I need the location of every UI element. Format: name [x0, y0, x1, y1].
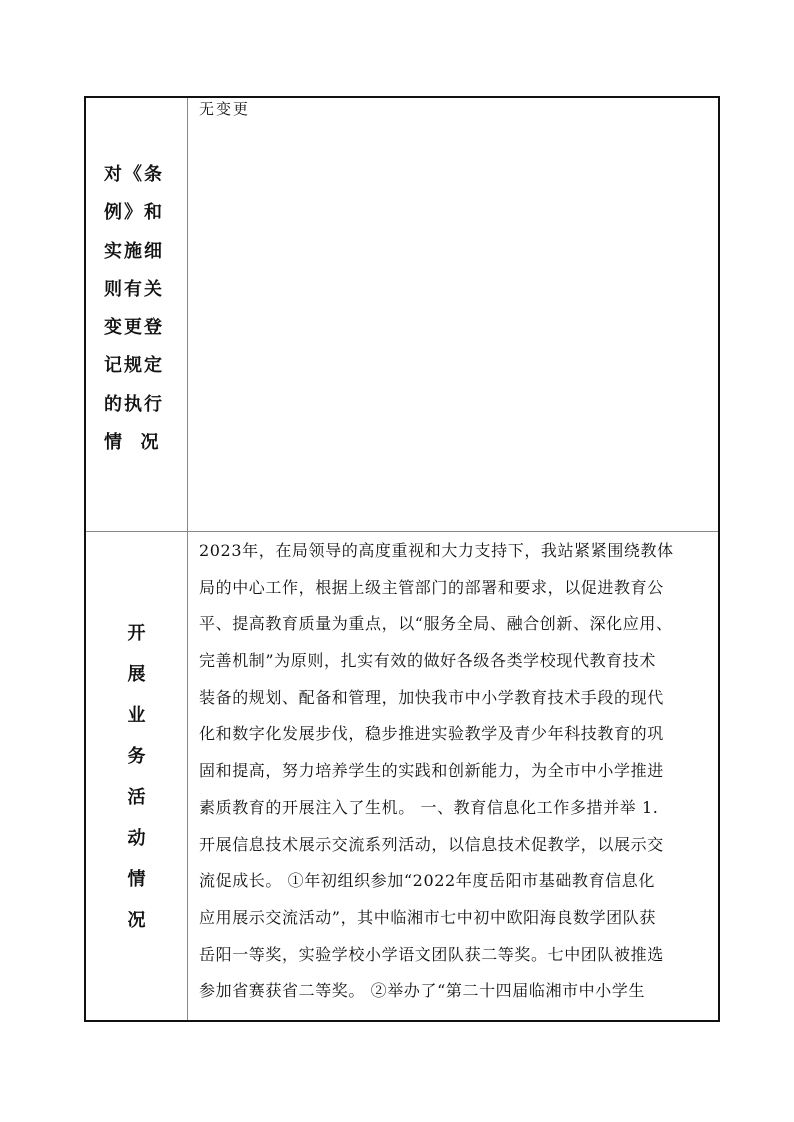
- label-line: 实施细: [104, 233, 174, 271]
- paragraph-line: 参加省赛获省二等奖。 ②举办了“第二十四届临湘市中小学生: [199, 973, 710, 1010]
- label-line: 记规定: [104, 347, 174, 385]
- row-label-cell: 对《条 例》和 实施细 则有关 变更登 记规定 的执行 情 况: [86, 98, 188, 531]
- paragraph-line: 局的中心工作，根据上级主管部门的部署和要求，以促进教育公: [199, 570, 710, 607]
- paragraph-line: 装备的规划、配备和管理，加快我市中小学教育技术手段的现代: [199, 680, 710, 717]
- paragraph-line: 完善机制”为原则，扎实有效的做好各级各类学校现代教育技术: [199, 643, 710, 680]
- label-line: 的执行: [104, 386, 174, 424]
- paragraph-line: 应用展示交流活动”，其中临湘市七中初中欧阳海良数学团队获: [199, 900, 710, 937]
- label-line: 开: [86, 613, 187, 654]
- label-line: 动: [86, 818, 187, 859]
- activities-content-cell: 2023年，在局领导的高度重视和大力支持下，我站紧紧围绕教体 局的中心工作，根据…: [189, 532, 718, 1020]
- paragraph-line: 开展信息技术展示交流系列活动，以信息技术促教学，以展示交: [199, 827, 710, 864]
- label-line: 变更登: [104, 309, 174, 347]
- registration-report-table: 对《条 例》和 实施细 则有关 变更登 记规定 的执行 情 况 无变更 开 展 …: [84, 96, 720, 1022]
- label-line: 活: [86, 777, 187, 818]
- label-line: 则有关: [104, 271, 174, 309]
- paragraph-line: 平、提高教育质量为重点，以“服务全局、融合创新、深化应用、: [199, 606, 710, 643]
- paragraph-line: 化和数字化发展步伐，稳步推进实验教学及青少年科技教育的巩: [199, 716, 710, 753]
- no-change-text: 无变更: [199, 98, 710, 119]
- label-line: 展: [86, 654, 187, 695]
- row-label-cell: 开 展 业 务 活 动 情 况: [86, 532, 188, 1020]
- row-label: 对《条 例》和 实施细 则有关 变更登 记规定 的执行 情 况: [104, 156, 174, 462]
- label-line: 例》和: [104, 194, 174, 232]
- row-label: 开 展 业 务 活 动 情 况: [86, 613, 187, 941]
- paragraph-line: 流促成长。 ①年初组织参加“2022年度岳阳市基础教育信息化: [199, 863, 710, 900]
- table-row-business-activities: 开 展 业 务 活 动 情 况 2023年，在局领导的高度重视和大力支持下，我站…: [86, 532, 718, 1020]
- paragraph-line: 2023年，在局领导的高度重视和大力支持下，我站紧紧围绕教体: [199, 533, 710, 570]
- paragraph-line: 素质教育的开展注入了生机。 一、教育信息化工作多措并举 1.: [199, 790, 710, 827]
- table-row-regulation-change: 对《条 例》和 实施细 则有关 变更登 记规定 的执行 情 况 无变更: [86, 98, 718, 532]
- row-content-cell: 无变更: [189, 98, 718, 531]
- paragraph-line: 岳阳一等奖，实验学校小学语文团队获二等奖。七中团队被推选: [199, 937, 710, 974]
- label-line: 务: [86, 736, 187, 777]
- label-line: 对《条: [104, 156, 174, 194]
- label-line: 况: [86, 900, 187, 941]
- label-line: 情: [86, 859, 187, 900]
- label-line: 业: [86, 695, 187, 736]
- label-line: 情 况: [104, 424, 174, 462]
- paragraph-line: 固和提高，努力培养学生的实践和创新能力，为全市中小学推进: [199, 753, 710, 790]
